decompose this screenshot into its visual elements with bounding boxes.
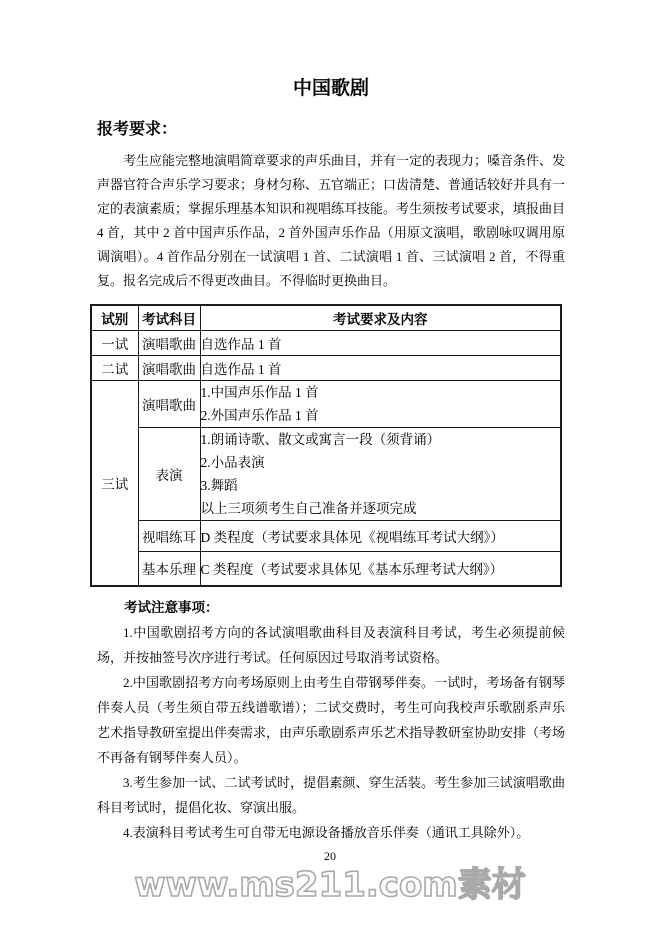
round1-round-cell: 一试 xyxy=(91,330,138,355)
content-line: 2.小品表演 xyxy=(201,451,561,474)
round3-music-theory-subject-cell: 基本乐理 xyxy=(138,551,200,586)
table-row-round3-acting: 表演 1.朗诵诗歌、散文或寓言一段（须背诵） 2.小品表演 3.舞蹈 以上三项须… xyxy=(91,427,561,520)
round3-ear-training-content-cell: D 类程度（考试要求具体见《视唱练耳考试大纲》） xyxy=(200,520,561,551)
round3-singing-subject-cell: 演唱歌曲 xyxy=(138,380,200,427)
round2-content-cell: 自选作品 1 首 xyxy=(200,355,561,380)
content-line: 1.朗诵诗歌、散文或寓言一段（须背诵） xyxy=(201,428,561,451)
column-header-content: 考试要求及内容 xyxy=(200,305,561,330)
round2-round-cell: 二试 xyxy=(91,355,138,380)
round3-music-theory-content-cell: C 类程度（考试要求具体见《基本乐理考试大纲》） xyxy=(200,551,561,586)
watermark-text: www.ms211.com素材 xyxy=(134,865,525,905)
content-line: 3.舞蹈 xyxy=(201,474,561,497)
column-header-subject: 考试科目 xyxy=(138,305,200,330)
round3-singing-content-cell: 1.中国声乐作品 1 首 2.外国声乐作品 1 首 xyxy=(200,380,561,427)
round3-acting-content-cell: 1.朗诵诗歌、散文或寓言一段（须背诵） 2.小品表演 3.舞蹈 以上三项须考生自… xyxy=(200,427,561,520)
requirements-paragraph: 考生应能完整地演唱简章要求的声乐曲目，并有一定的表现力；嗓音条件、发声器官符合声… xyxy=(97,149,565,293)
requirements-heading: 报考要求： xyxy=(97,121,565,139)
exam-note-item-4: 4.表演科目考试考生可自带无电源设备播放音乐伴奏（通讯工具除外）。 xyxy=(97,820,565,845)
table-row-round3-music-theory: 基本乐理 C 类程度（考试要求具体见《基本乐理考试大纲》） xyxy=(91,551,561,586)
round3-acting-subject-cell: 表演 xyxy=(138,427,200,520)
table-row-round2: 二试 演唱歌曲 自选作品 1 首 xyxy=(91,355,561,380)
table-row-round3-ear-training: 视唱练耳 D 类程度（考试要求具体见《视唱练耳考试大纲》） xyxy=(91,520,561,551)
content-line: 2.外国声乐作品 1 首 xyxy=(201,404,561,427)
column-header-round: 试别 xyxy=(91,305,138,330)
content-line: 1.中国声乐作品 1 首 xyxy=(201,381,561,404)
round3-ear-training-subject-cell: 视唱练耳 xyxy=(138,520,200,551)
round1-content-cell: 自选作品 1 首 xyxy=(200,330,561,355)
table-header-row: 试别 考试科目 考试要求及内容 xyxy=(91,305,561,330)
exam-table: 试别 考试科目 考试要求及内容 一试 演唱歌曲 自选作品 1 首 二试 演唱歌曲… xyxy=(90,304,562,587)
round1-subject-cell: 演唱歌曲 xyxy=(138,330,200,355)
document-page: 中国歌剧 报考要求： 考生应能完整地演唱简章要求的声乐曲目，并有一定的表现力；嗓… xyxy=(0,0,660,933)
page-number: 20 xyxy=(0,849,660,864)
exam-note-item-1: 1.中国歌剧招考方向的各试演唱歌曲科目及表演科目考试，考生必须提前候场，并按抽签… xyxy=(97,620,565,670)
document-title: 中国歌剧 xyxy=(97,78,565,100)
table-row-round3-singing: 三试 演唱歌曲 1.中国声乐作品 1 首 2.外国声乐作品 1 首 xyxy=(91,380,561,427)
round3-round-cell: 三试 xyxy=(91,380,138,586)
content-line: 以上三项须考生自己准备并逐项完成 xyxy=(201,497,561,520)
exam-note-item-3: 3.考生参加一试、二试考试时，提倡素颜、穿生活装。考生参加三试演唱歌曲科目考试时… xyxy=(97,770,565,820)
exam-notes-heading: 考试注意事项： xyxy=(97,595,565,620)
exam-note-item-2: 2.中国歌剧招考方向考场原则上由考生自带钢琴伴奏。一试时，考场备有钢琴伴奏人员（… xyxy=(97,670,565,770)
table-row-round1: 一试 演唱歌曲 自选作品 1 首 xyxy=(91,330,561,355)
round2-subject-cell: 演唱歌曲 xyxy=(138,355,200,380)
